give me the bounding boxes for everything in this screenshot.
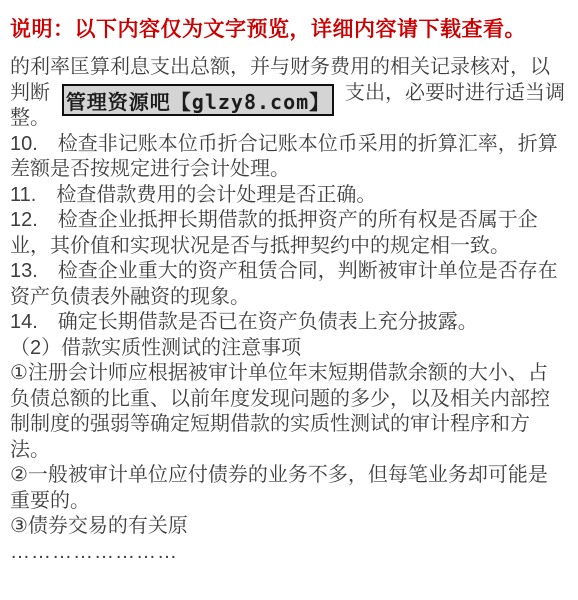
text-line: 重要的。 [10,489,570,515]
text-line: 业，其价值和实现状况是否与抵押契约中的规定相一致。 [10,234,570,260]
text-line: （2）借款实质性测试的注意事项 [10,336,570,362]
text-line: 资产负债表外融资的现象。 [10,285,570,311]
watermark-line-prefix: 判断 [10,82,50,104]
watermark-line-suffix: 支出，必要时进行适当调 [345,81,565,107]
text-line: 12. 检查企业抵押长期借款的抵押资产的所有权是否属于企 [10,208,570,234]
text-line: 14. 确定长期借款是否已在资产负债表上充分披露。 [10,310,570,336]
text-line: 制制度的强弱等确定短期借款的实质性测试的审计程序和方 [10,412,570,438]
text-line: 负债总额的比重、以前年度发现问题的多少，以及相关内部控 [10,387,570,413]
text-line: 11. 检查借款费用的会计处理是否正确。 [10,183,570,209]
text-line: ②一般被审计单位应付债券的业务不多，但每笔业务却可能是 [10,463,570,489]
text-line: ③债券交易的有关原 [10,514,570,540]
text-line: 的利率匡算利息支出总额，并与财务费用的相关记录核对，以 [10,55,570,81]
text-line: ①注册会计师应根据被审计单位年末短期借款余额的大小、占 [10,361,570,387]
text-line: 法。 [10,438,570,464]
document-body: 的利率匡算利息支出总额，并与财务费用的相关记录核对，以 判断 支出，必要时进行适… [10,55,570,565]
watermark-label: 管理资源吧【glzy8.com】 [66,86,330,115]
text-line: 差额是否按规定进行会计处理。 [10,157,570,183]
text-line: 10. 检查非记账本位币折合记账本位币采用的折算汇率，折算 [10,132,570,158]
truncation-dots-line: …………………… [10,540,570,566]
preview-notice-header: 说明：以下内容仅为文字预览，详细内容请下载查看。 [10,13,526,43]
watermark-box: 管理资源吧【glzy8.com】 [62,84,334,116]
text-line: 13. 检查企业重大的资产租赁合同，判断被审计单位是否存在 [10,259,570,285]
document-preview-page: 说明：以下内容仅为文字预览，详细内容请下载查看。 的利率匡算利息支出总额，并与财… [0,0,578,600]
